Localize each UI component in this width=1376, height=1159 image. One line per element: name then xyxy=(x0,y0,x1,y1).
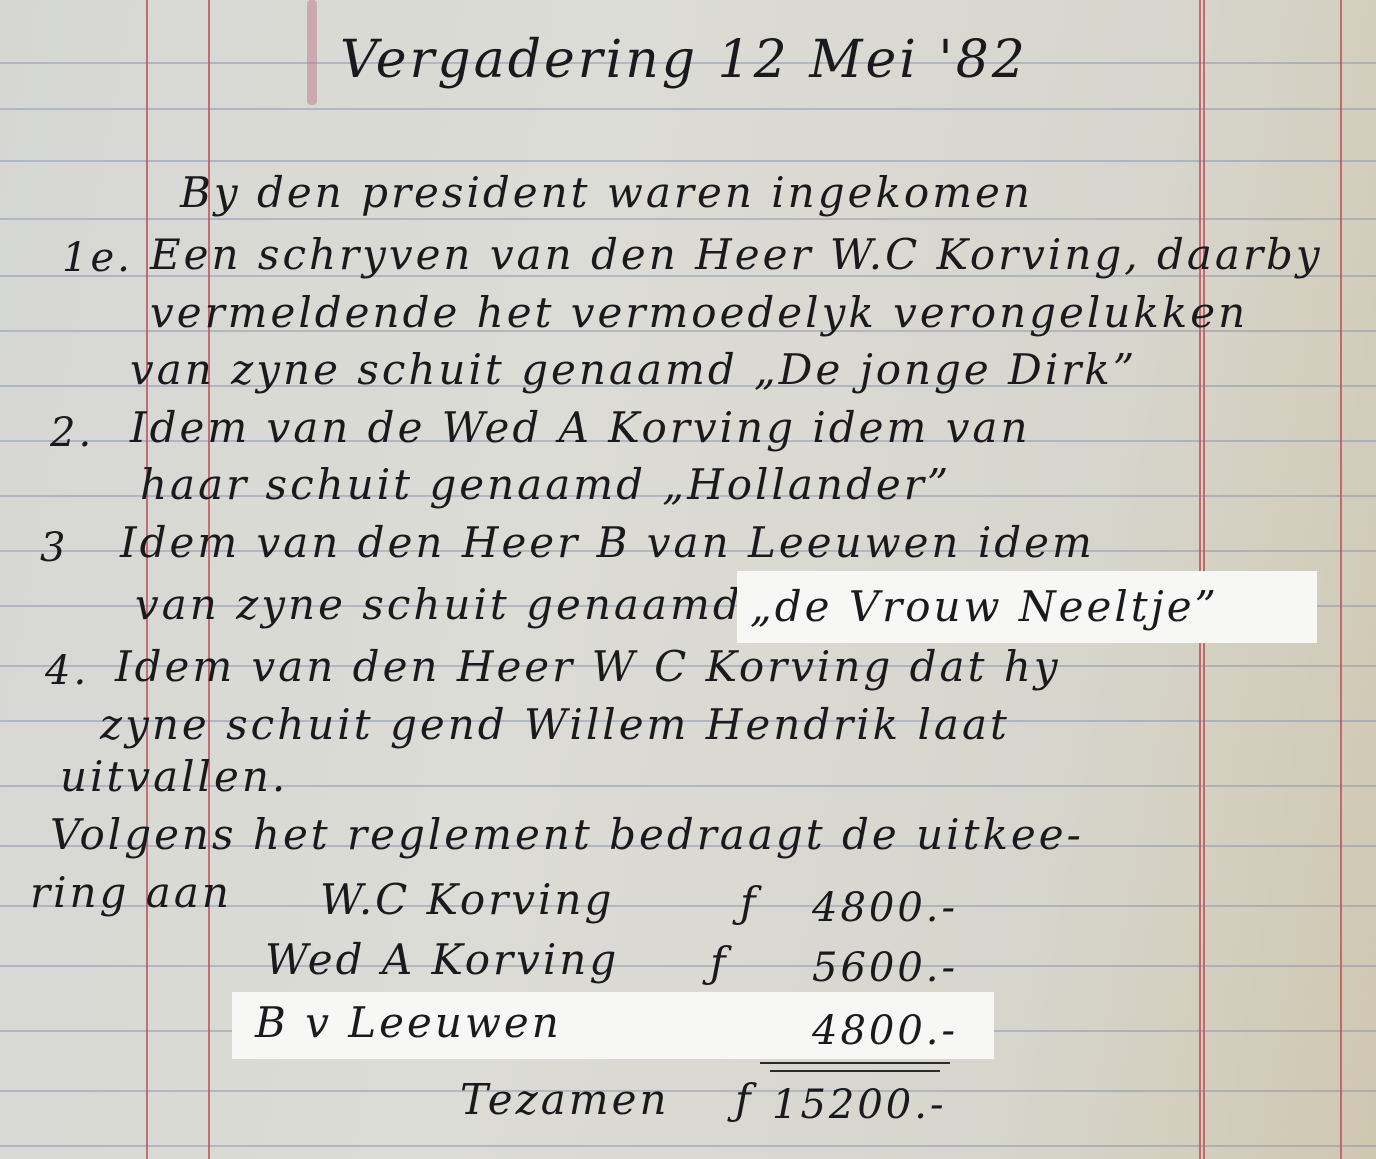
total-currency: ƒ xyxy=(735,1075,754,1124)
item-line: vermeldende het vermoedelyk verongelukke… xyxy=(150,288,1248,337)
total-label: Tezamen xyxy=(460,1075,670,1124)
payout-currency: ƒ xyxy=(710,938,729,987)
item-number: 1e. xyxy=(62,235,133,281)
payout-amount: 4800.- xyxy=(812,1008,958,1054)
margin-line-far-right xyxy=(1340,0,1342,1159)
item-line: van zyne schuit genaamd „De jonge Dirk” xyxy=(130,345,1137,394)
regulation-line: Volgens het reglement bedraagt de uitkee… xyxy=(50,810,1084,859)
item-number: 4. xyxy=(45,648,89,694)
total-amount: 15200.- xyxy=(772,1082,946,1128)
ledger-page: Vergadering 12 Mei '82 By den president … xyxy=(0,0,1376,1159)
intro-line: By den president waren ingekomen xyxy=(180,168,1033,217)
rule-line xyxy=(0,108,1376,110)
regulation-line: ring aan xyxy=(30,868,232,917)
payout-name: W.C Korving xyxy=(320,875,614,924)
rule-line xyxy=(0,1145,1376,1147)
payout-amount: 4800.- xyxy=(812,885,958,931)
payout-amount: 5600.- xyxy=(812,945,958,991)
highlighted-ship-name: „de Vrouw Neeltje” xyxy=(750,582,1219,631)
item-line: zyne schuit gend Willem Hendrik laat xyxy=(100,700,1010,749)
item-line: haar schuit genaamd „Hollander” xyxy=(140,460,951,509)
item-line: van zyne schuit genaamd xyxy=(135,580,743,629)
item-line: uitvallen. xyxy=(60,752,288,801)
item-number: 2. xyxy=(50,410,94,456)
rule-line xyxy=(0,1090,1376,1092)
page-title: Vergadering 12 Mei '82 xyxy=(340,30,1028,90)
payout-name: B v Leeuwen xyxy=(255,998,562,1047)
item-number: 3 xyxy=(40,525,68,571)
rule-line xyxy=(0,218,1376,220)
sum-underline xyxy=(770,1070,940,1072)
payout-currency: ƒ xyxy=(740,878,759,927)
rule-line xyxy=(0,965,1376,967)
item-line: Idem van den Heer B van Leeuwen idem xyxy=(120,518,1095,567)
item-line: Idem van de Wed A Korving idem van xyxy=(130,403,1031,452)
ink-stain xyxy=(307,0,317,105)
sum-underline xyxy=(760,1062,950,1064)
payout-name: Wed A Korving xyxy=(265,935,619,984)
item-line: Idem van den Heer W C Korving dat hy xyxy=(115,642,1061,691)
item-line: Een schryven van den Heer W.C Korving, d… xyxy=(150,230,1323,279)
rule-line xyxy=(0,160,1376,162)
